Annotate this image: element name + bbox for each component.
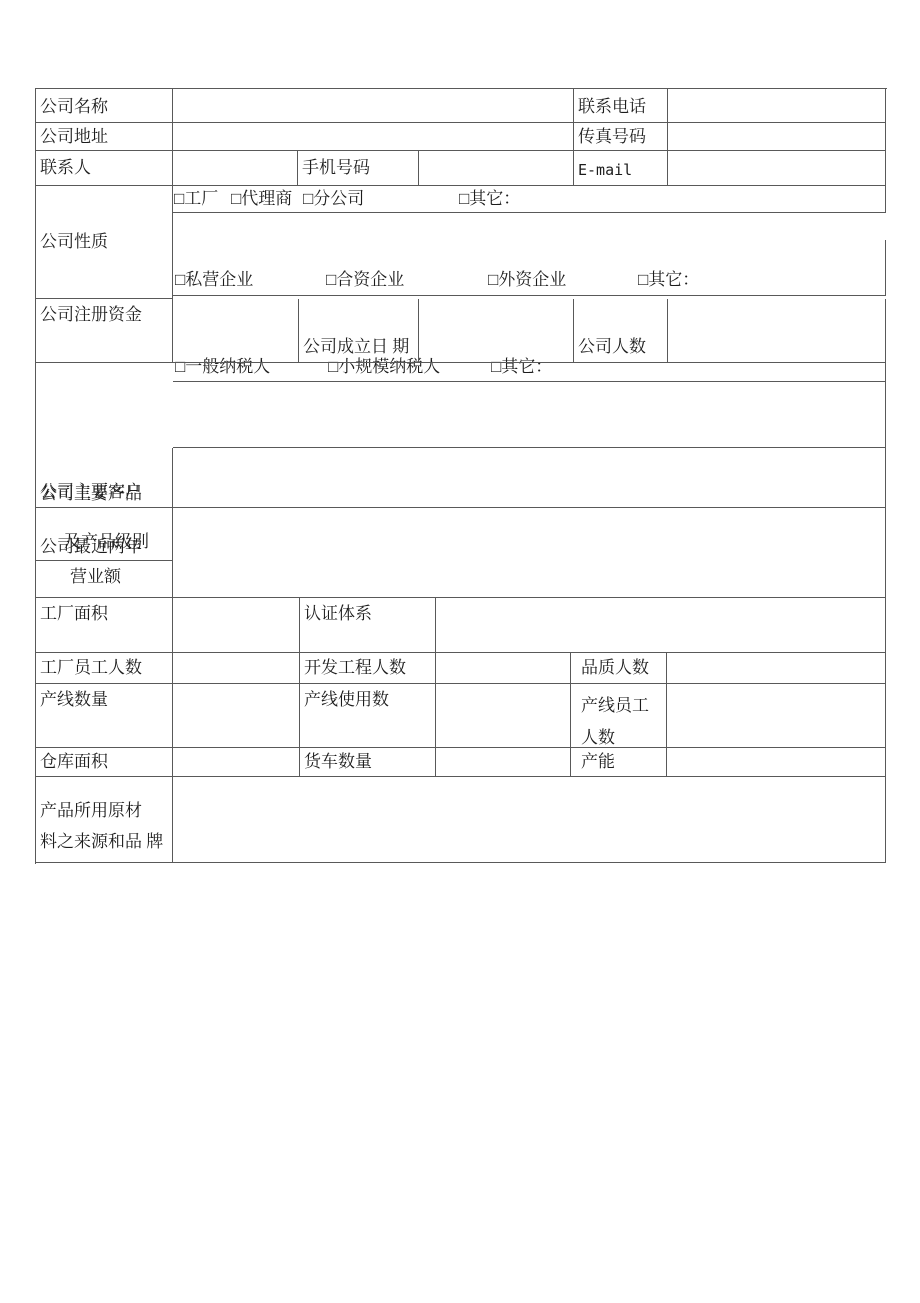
line-count-field[interactable] xyxy=(173,684,300,748)
line-count-label: 产线数量 xyxy=(36,684,173,748)
factory-staff-label: 工厂员工人数 xyxy=(36,653,173,684)
dev-engineer-field[interactable] xyxy=(436,653,571,684)
contact-person-label: 联系人 xyxy=(36,151,173,186)
factory-staff-field[interactable] xyxy=(173,653,300,684)
line-staff-field[interactable] xyxy=(667,684,886,748)
checkbox-ownership-other[interactable]: □其它： xyxy=(638,270,699,290)
truck-count-field[interactable] xyxy=(436,748,571,777)
checkbox-foreign-enterprise[interactable]: □外资企业 xyxy=(488,270,566,290)
revenue-field[interactable] xyxy=(173,508,886,598)
materials-label-line2: 料之来源和品 牌 xyxy=(40,826,163,857)
mobile-field[interactable] xyxy=(419,151,574,186)
main-customers-field[interactable] xyxy=(173,448,886,508)
checkbox-type-other[interactable]: □其它： xyxy=(459,189,520,209)
capacity-label: 产能 xyxy=(571,748,667,777)
company-name-label: 公司名称 xyxy=(36,89,173,123)
registered-capital-field[interactable] xyxy=(173,299,299,363)
company-info-table: 公司名称 联系电话 公司地址 传真号码 联系人 手机号码 E-mail 公司性质… xyxy=(35,88,887,864)
quality-staff-field[interactable] xyxy=(667,653,886,684)
nature-ownership-row: □私营企业 □合资企业 □外资企业 □其它： xyxy=(173,240,886,296)
founding-date-field[interactable] xyxy=(419,299,574,363)
company-address-label: 公司地址 xyxy=(36,123,173,151)
capacity-field[interactable] xyxy=(667,748,886,777)
certification-label: 认证体系 xyxy=(300,598,436,653)
mobile-label: 手机号码 xyxy=(298,151,419,186)
company-address-field[interactable] xyxy=(173,123,574,151)
fax-label: 传真号码 xyxy=(574,123,668,151)
line-used-label: 产线使用数 xyxy=(300,684,436,748)
line-staff-label-line1: 产线员工 xyxy=(581,690,649,722)
certification-field[interactable] xyxy=(436,598,886,653)
factory-area-label: 工厂面积 xyxy=(36,598,173,653)
contact-phone-label: 联系电话 xyxy=(574,89,668,123)
truck-count-label: 货车数量 xyxy=(300,748,436,777)
checkbox-factory[interactable]: □工厂 xyxy=(174,189,218,209)
line-staff-label-line2: 人数 xyxy=(581,722,649,748)
checkbox-agent[interactable]: □代理商 xyxy=(231,189,292,209)
registered-capital-label: 公司注册资金 xyxy=(36,299,173,363)
contact-person-field[interactable] xyxy=(173,151,298,186)
line-staff-label: 产线员工 人数 xyxy=(571,684,667,748)
checkbox-joint-venture[interactable]: □合资企业 xyxy=(326,270,404,290)
revenue-label-line2: 营业额 xyxy=(40,562,142,592)
headcount-field[interactable] xyxy=(668,299,886,363)
warehouse-area-field[interactable] xyxy=(173,748,300,777)
materials-field[interactable] xyxy=(173,777,886,863)
nature-type-row: □工厂 □代理商 □分公司 □其它： xyxy=(173,186,886,213)
headcount-label: 公司人数 xyxy=(574,299,668,363)
revenue-label-line1: 公司最近两年 xyxy=(40,532,142,562)
factory-area-field[interactable] xyxy=(173,598,300,653)
checkbox-private-enterprise[interactable]: □私营企业 xyxy=(175,270,253,290)
email-field[interactable] xyxy=(668,151,886,186)
quality-staff-label: 品质人数 xyxy=(571,653,667,684)
email-label: E-mail xyxy=(574,151,668,186)
fax-field[interactable] xyxy=(668,123,886,151)
line-used-field[interactable] xyxy=(436,684,571,748)
checkbox-branch[interactable]: □分公司 xyxy=(303,189,364,209)
materials-label: 产品所用原材 料之来源和品 牌 xyxy=(36,777,173,863)
company-name-field[interactable] xyxy=(173,89,574,123)
founding-date-label: 公司成立日 期 xyxy=(299,299,419,363)
company-nature-label: 公司性质 xyxy=(36,186,173,299)
main-customers-label: 公司主要客户 xyxy=(36,448,173,508)
warehouse-area-label: 仓库面积 xyxy=(36,748,173,777)
materials-label-line1: 产品所用原材 xyxy=(40,795,163,826)
revenue-label: 公司最近两年 营业额 xyxy=(36,508,173,598)
contact-phone-field[interactable] xyxy=(668,89,886,123)
main-products-field[interactable] xyxy=(173,363,886,448)
dev-engineer-label: 开发工程人数 xyxy=(300,653,436,684)
